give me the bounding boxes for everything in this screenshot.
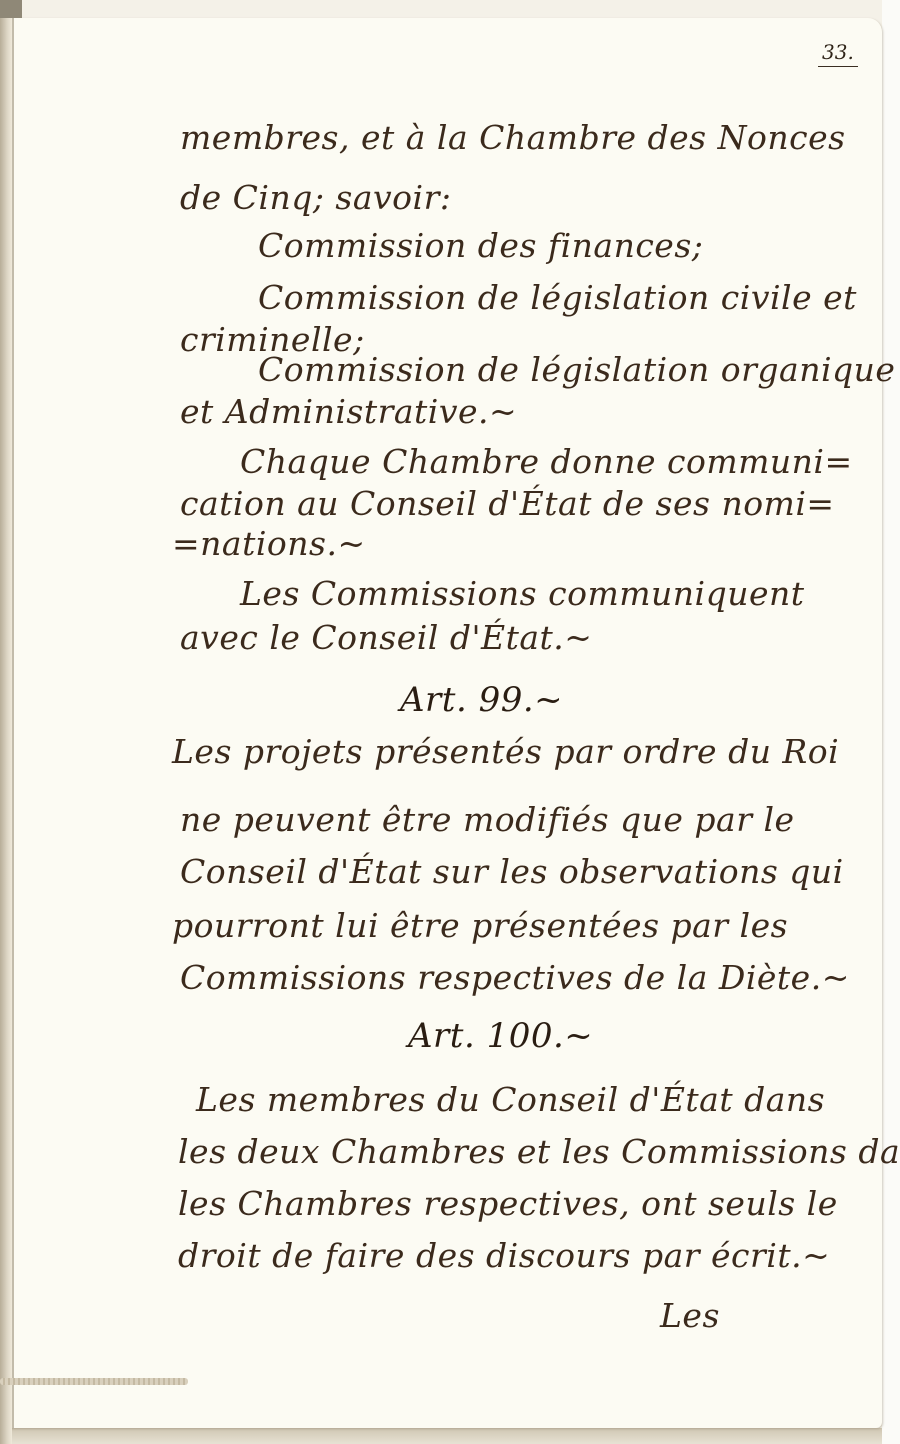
text-line: =nations.~ xyxy=(172,524,366,563)
article-heading-100: Art. 100.~ xyxy=(408,1016,593,1056)
binding-fold-line xyxy=(12,18,14,1428)
text-line: Chaque Chambre donne communi= xyxy=(240,442,853,481)
text-line: Les projets présentés par ordre du Roi xyxy=(172,732,839,771)
text-line: de Cinq; savoir: xyxy=(180,178,452,217)
page-number: 33. xyxy=(818,40,858,67)
text-line: ne peuvent être modifiés que par le xyxy=(180,800,795,839)
binding-thread xyxy=(0,1378,188,1385)
text-line: Commission de législation civile et xyxy=(258,278,857,317)
lower-page-edge xyxy=(0,1428,900,1444)
article-heading-99: Art. 99.~ xyxy=(400,680,563,720)
text-line: Commissions respectives de la Diète.~ xyxy=(180,958,850,997)
text-line: droit de faire des discours par écrit.~ xyxy=(178,1236,830,1275)
text-line: les Chambres respectives, ont seuls le xyxy=(178,1184,838,1223)
catchword: Les xyxy=(660,1296,720,1335)
text-line: Les Commissions communiquent xyxy=(240,574,805,613)
text-line: Conseil d'État sur les observations qui xyxy=(180,852,844,891)
text-line: cation au Conseil d'État de ses nomi= xyxy=(180,484,835,523)
binding-spine xyxy=(0,0,12,1444)
right-margin xyxy=(882,0,900,1444)
text-line: et Administrative.~ xyxy=(180,392,517,431)
binding-corner xyxy=(0,0,22,18)
text-line: pourront lui être présentées par les xyxy=(172,906,788,945)
text-line: Commission des finances; xyxy=(258,226,703,265)
text-line: les deux Chambres et les Commissions dan… xyxy=(178,1132,900,1171)
text-line: Commission de législation organique xyxy=(258,350,895,389)
text-line: membres, et à la Chambre des Nonces xyxy=(180,118,846,157)
text-line: avec le Conseil d'État.~ xyxy=(180,618,592,657)
text-line: Les membres du Conseil d'État dans xyxy=(196,1080,825,1119)
